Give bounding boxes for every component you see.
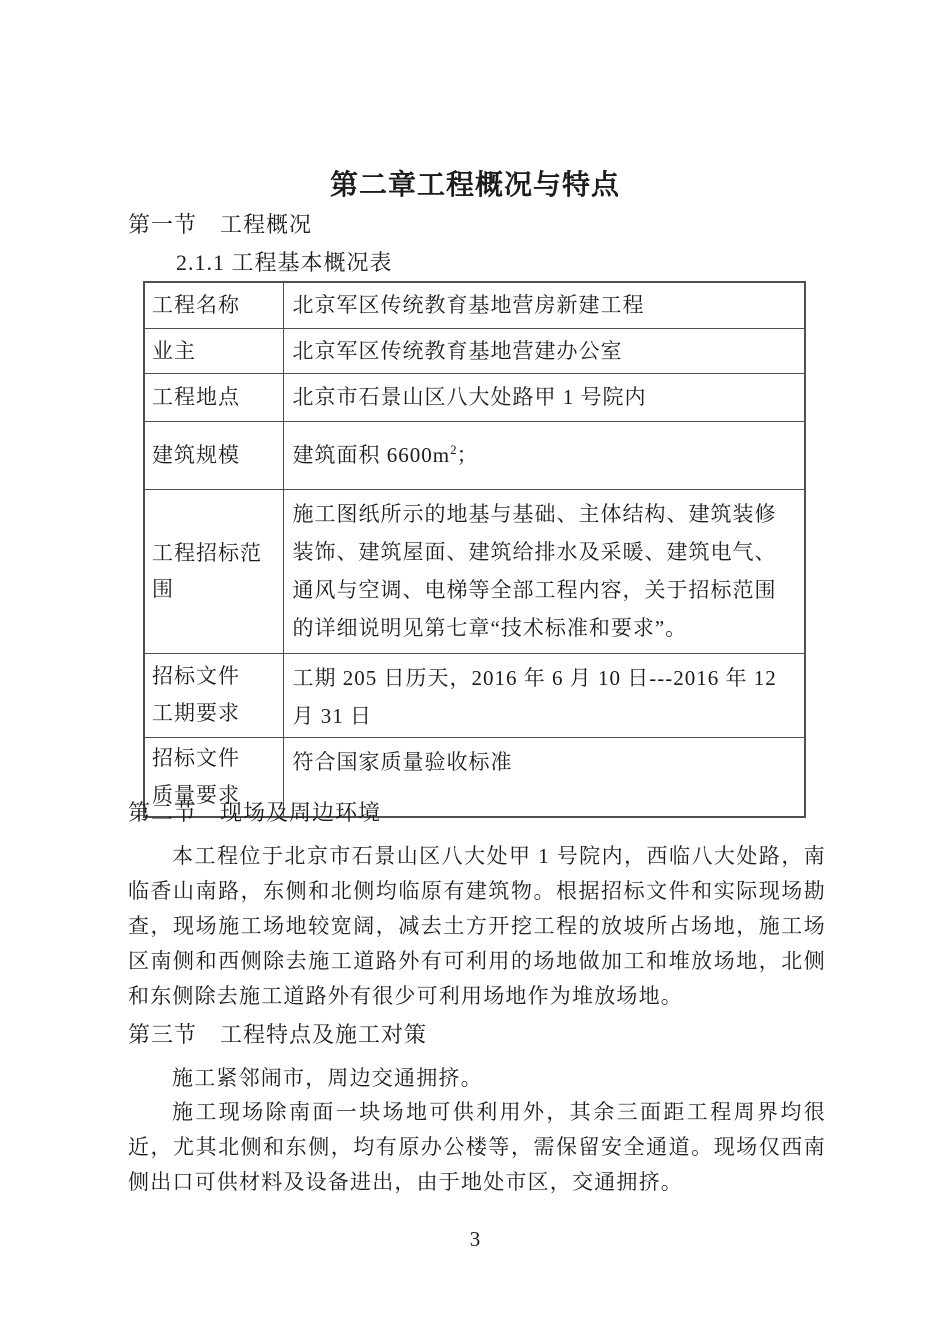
row-value: 北京军区传统教育基地营房新建工程 bbox=[283, 282, 805, 328]
table-row: 工程招标范围 施工图纸所示的地基与基础、主体结构、建筑装修装饰、建筑屋面、建筑给… bbox=[144, 489, 805, 653]
chapter-title: 第二章工程概况与特点 bbox=[0, 163, 950, 203]
section-3-paragraph-1: 施工紧邻闹市，周边交通拥挤。 bbox=[128, 1061, 826, 1096]
page-number: 3 bbox=[0, 1227, 950, 1252]
section-1-heading: 第一节 工程概况 bbox=[128, 208, 828, 239]
row-label-line-1: 招标文件 bbox=[152, 740, 281, 777]
project-overview-table: 工程名称 北京军区传统教育基地营房新建工程 业主 北京军区传统教育基地营建办公室… bbox=[143, 281, 806, 818]
row-label: 招标文件 工期要求 bbox=[144, 653, 283, 737]
row-value: 建筑面积 6600m2； bbox=[283, 421, 805, 489]
document-page: 第二章工程概况与特点 第一节 工程概况 2.1.1 工程基本概况表 工程名称 北… bbox=[0, 0, 950, 1344]
building-area-text: 建筑面积 6600m bbox=[293, 443, 451, 467]
table-caption: 2.1.1 工程基本概况表 bbox=[176, 246, 393, 277]
table-row: 招标文件 工期要求 工期 205 日历天，2016 年 6 月 10 日---2… bbox=[144, 653, 805, 737]
row-label: 建筑规模 bbox=[144, 421, 283, 489]
section-3-paragraph-2: 施工现场除南面一块场地可供利用外，其余三面距工程周界均很近，尤其北侧和东侧，均有… bbox=[128, 1095, 826, 1200]
row-label-line-2: 工期要求 bbox=[152, 695, 281, 732]
table-row: 工程名称 北京军区传统教育基地营房新建工程 bbox=[144, 282, 805, 328]
row-label: 业主 bbox=[144, 328, 283, 373]
row-label-line-1: 招标文件 bbox=[152, 658, 281, 695]
section-2-heading: 第二节 现场及周边环境 bbox=[128, 796, 828, 827]
building-area-tail: ； bbox=[457, 443, 479, 467]
table-row: 建筑规模 建筑面积 6600m2； bbox=[144, 421, 805, 489]
row-label: 工程地点 bbox=[144, 373, 283, 421]
row-value: 工期 205 日历天，2016 年 6 月 10 日---2016 年 12 月… bbox=[283, 653, 805, 737]
section-2-paragraph: 本工程位于北京市石景山区八大处甲 1 号院内，西临八大处路，南临香山南路，东侧和… bbox=[128, 839, 826, 1014]
table-row: 工程地点 北京市石景山区八大处路甲 1 号院内 bbox=[144, 373, 805, 421]
row-label: 工程名称 bbox=[144, 282, 283, 328]
section-3-heading: 第三节 工程特点及施工对策 bbox=[128, 1018, 828, 1049]
row-value: 北京军区传统教育基地营建办公室 bbox=[283, 328, 805, 373]
row-value: 北京市石景山区八大处路甲 1 号院内 bbox=[283, 373, 805, 421]
table-row: 业主 北京军区传统教育基地营建办公室 bbox=[144, 328, 805, 373]
row-label: 工程招标范围 bbox=[144, 489, 283, 653]
row-value: 施工图纸所示的地基与基础、主体结构、建筑装修装饰、建筑屋面、建筑给排水及采暖、建… bbox=[283, 489, 805, 653]
